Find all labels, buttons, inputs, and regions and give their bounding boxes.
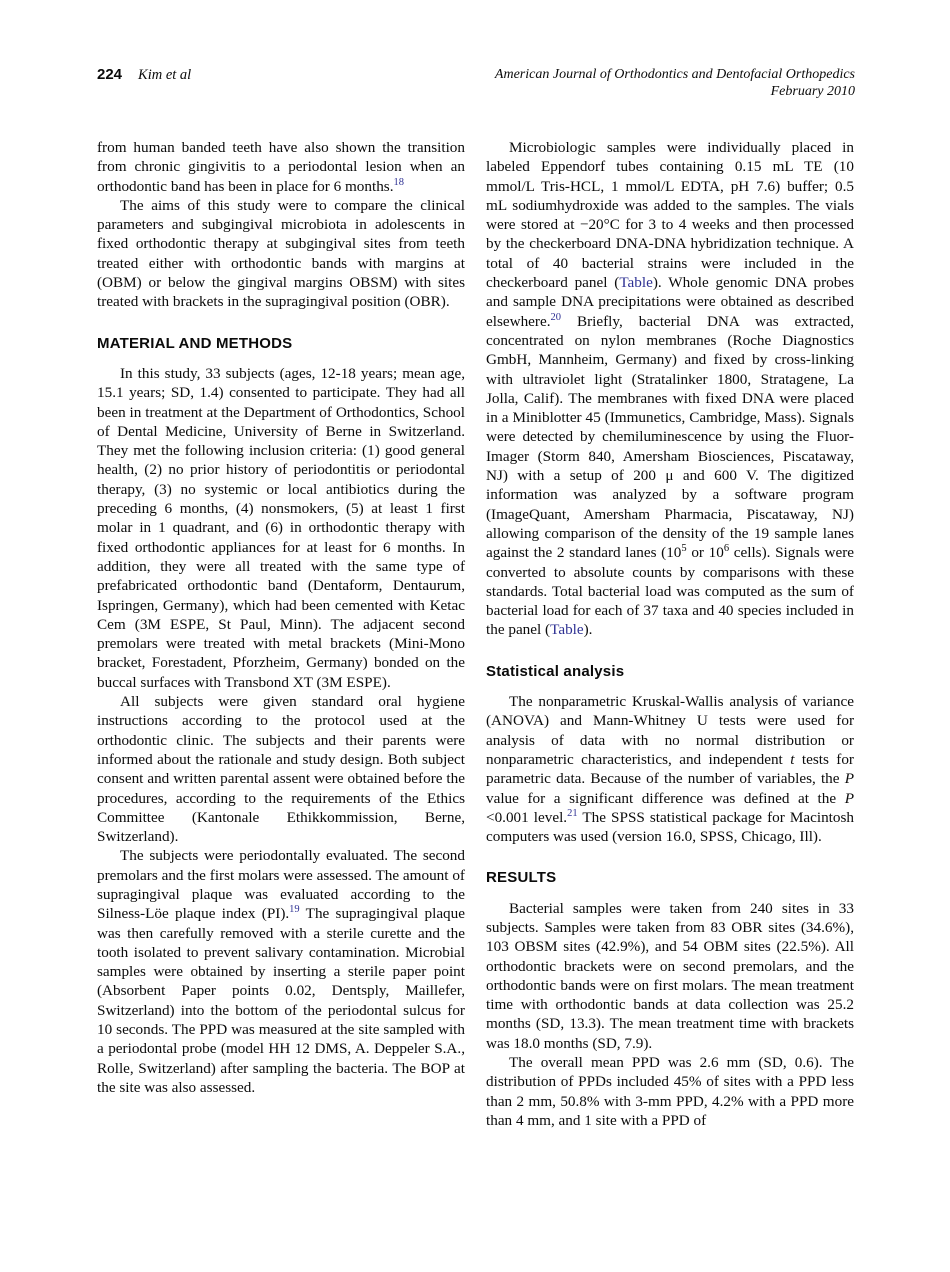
section-heading-results: RESULTS	[486, 868, 854, 887]
running-head-author: Kim et al	[138, 67, 191, 83]
right-column: Microbiologic samples were individually …	[486, 138, 854, 1130]
subsection-heading-statistical-analysis: Statistical analysis	[486, 662, 854, 681]
body-text: The supragingival plaque was then carefu…	[97, 905, 465, 1096]
paragraph-bacterial-samples: Bacterial samples were taken from 240 si…	[486, 899, 854, 1053]
body-text: or 10	[687, 544, 724, 561]
paragraph-oral-hygiene: All subjects were given standard oral hy…	[97, 692, 465, 846]
paragraph-ppd-results: The overall mean PPD was 2.6 mm (SD, 0.6…	[486, 1053, 854, 1130]
issue-date: February 2010	[495, 83, 855, 100]
variable-p: P	[845, 770, 854, 787]
reference-link-19[interactable]: 19	[289, 904, 300, 915]
body-text: Briefly, bacterial DNA was extracted, co…	[486, 313, 854, 562]
body-text: The aims of this study were to compare t…	[97, 197, 465, 310]
page-number: 224	[97, 66, 122, 83]
body-text: value for a significant difference was d…	[486, 790, 845, 807]
body-text: All subjects were given standard oral hy…	[97, 693, 465, 845]
variable-p: P	[845, 790, 854, 807]
body-text: <0.001 level.	[486, 809, 567, 826]
body-text: Microbiologic samples were individually …	[486, 139, 854, 291]
body-text: The overall mean PPD was 2.6 mm (SD, 0.6…	[486, 1054, 854, 1129]
paragraph-aims: The aims of this study were to compare t…	[97, 196, 465, 312]
paragraph-statistical-methods: The nonparametric Kruskal-Wallis analysi…	[486, 692, 854, 846]
body-text: Bacterial samples were taken from 240 si…	[486, 900, 854, 1052]
reference-link-20[interactable]: 20	[551, 312, 562, 323]
running-head-right: American Journal of Orthodontics and Den…	[495, 66, 855, 100]
reference-link-21[interactable]: 21	[567, 808, 578, 819]
paragraph-periodontal-evaluation: The subjects were periodontally evaluate…	[97, 846, 465, 1097]
table-link-1[interactable]: Table	[619, 274, 653, 291]
paragraph-microbiologic-samples: Microbiologic samples were individually …	[486, 138, 854, 640]
paragraph-subjects: In this study, 33 subjects (ages, 12-18 …	[97, 364, 465, 692]
page: 224Kim et al American Journal of Orthodo…	[0, 0, 950, 1272]
paragraph-continued: from human banded teeth have also shown …	[97, 138, 465, 196]
left-column: from human banded teeth have also shown …	[97, 138, 465, 1097]
section-heading-material-and-methods: MATERIAL AND METHODS	[97, 334, 465, 353]
journal-name: American Journal of Orthodontics and Den…	[495, 66, 855, 83]
running-head-left: 224Kim et al	[97, 66, 191, 84]
body-text: from human banded teeth have also shown …	[97, 139, 465, 195]
reference-link-18[interactable]: 18	[394, 177, 405, 188]
body-text: In this study, 33 subjects (ages, 12-18 …	[97, 365, 465, 691]
page-header: 224Kim et al American Journal of Orthodo…	[97, 66, 855, 100]
table-link-2[interactable]: Table	[550, 621, 584, 638]
body-text: ).	[584, 621, 593, 638]
